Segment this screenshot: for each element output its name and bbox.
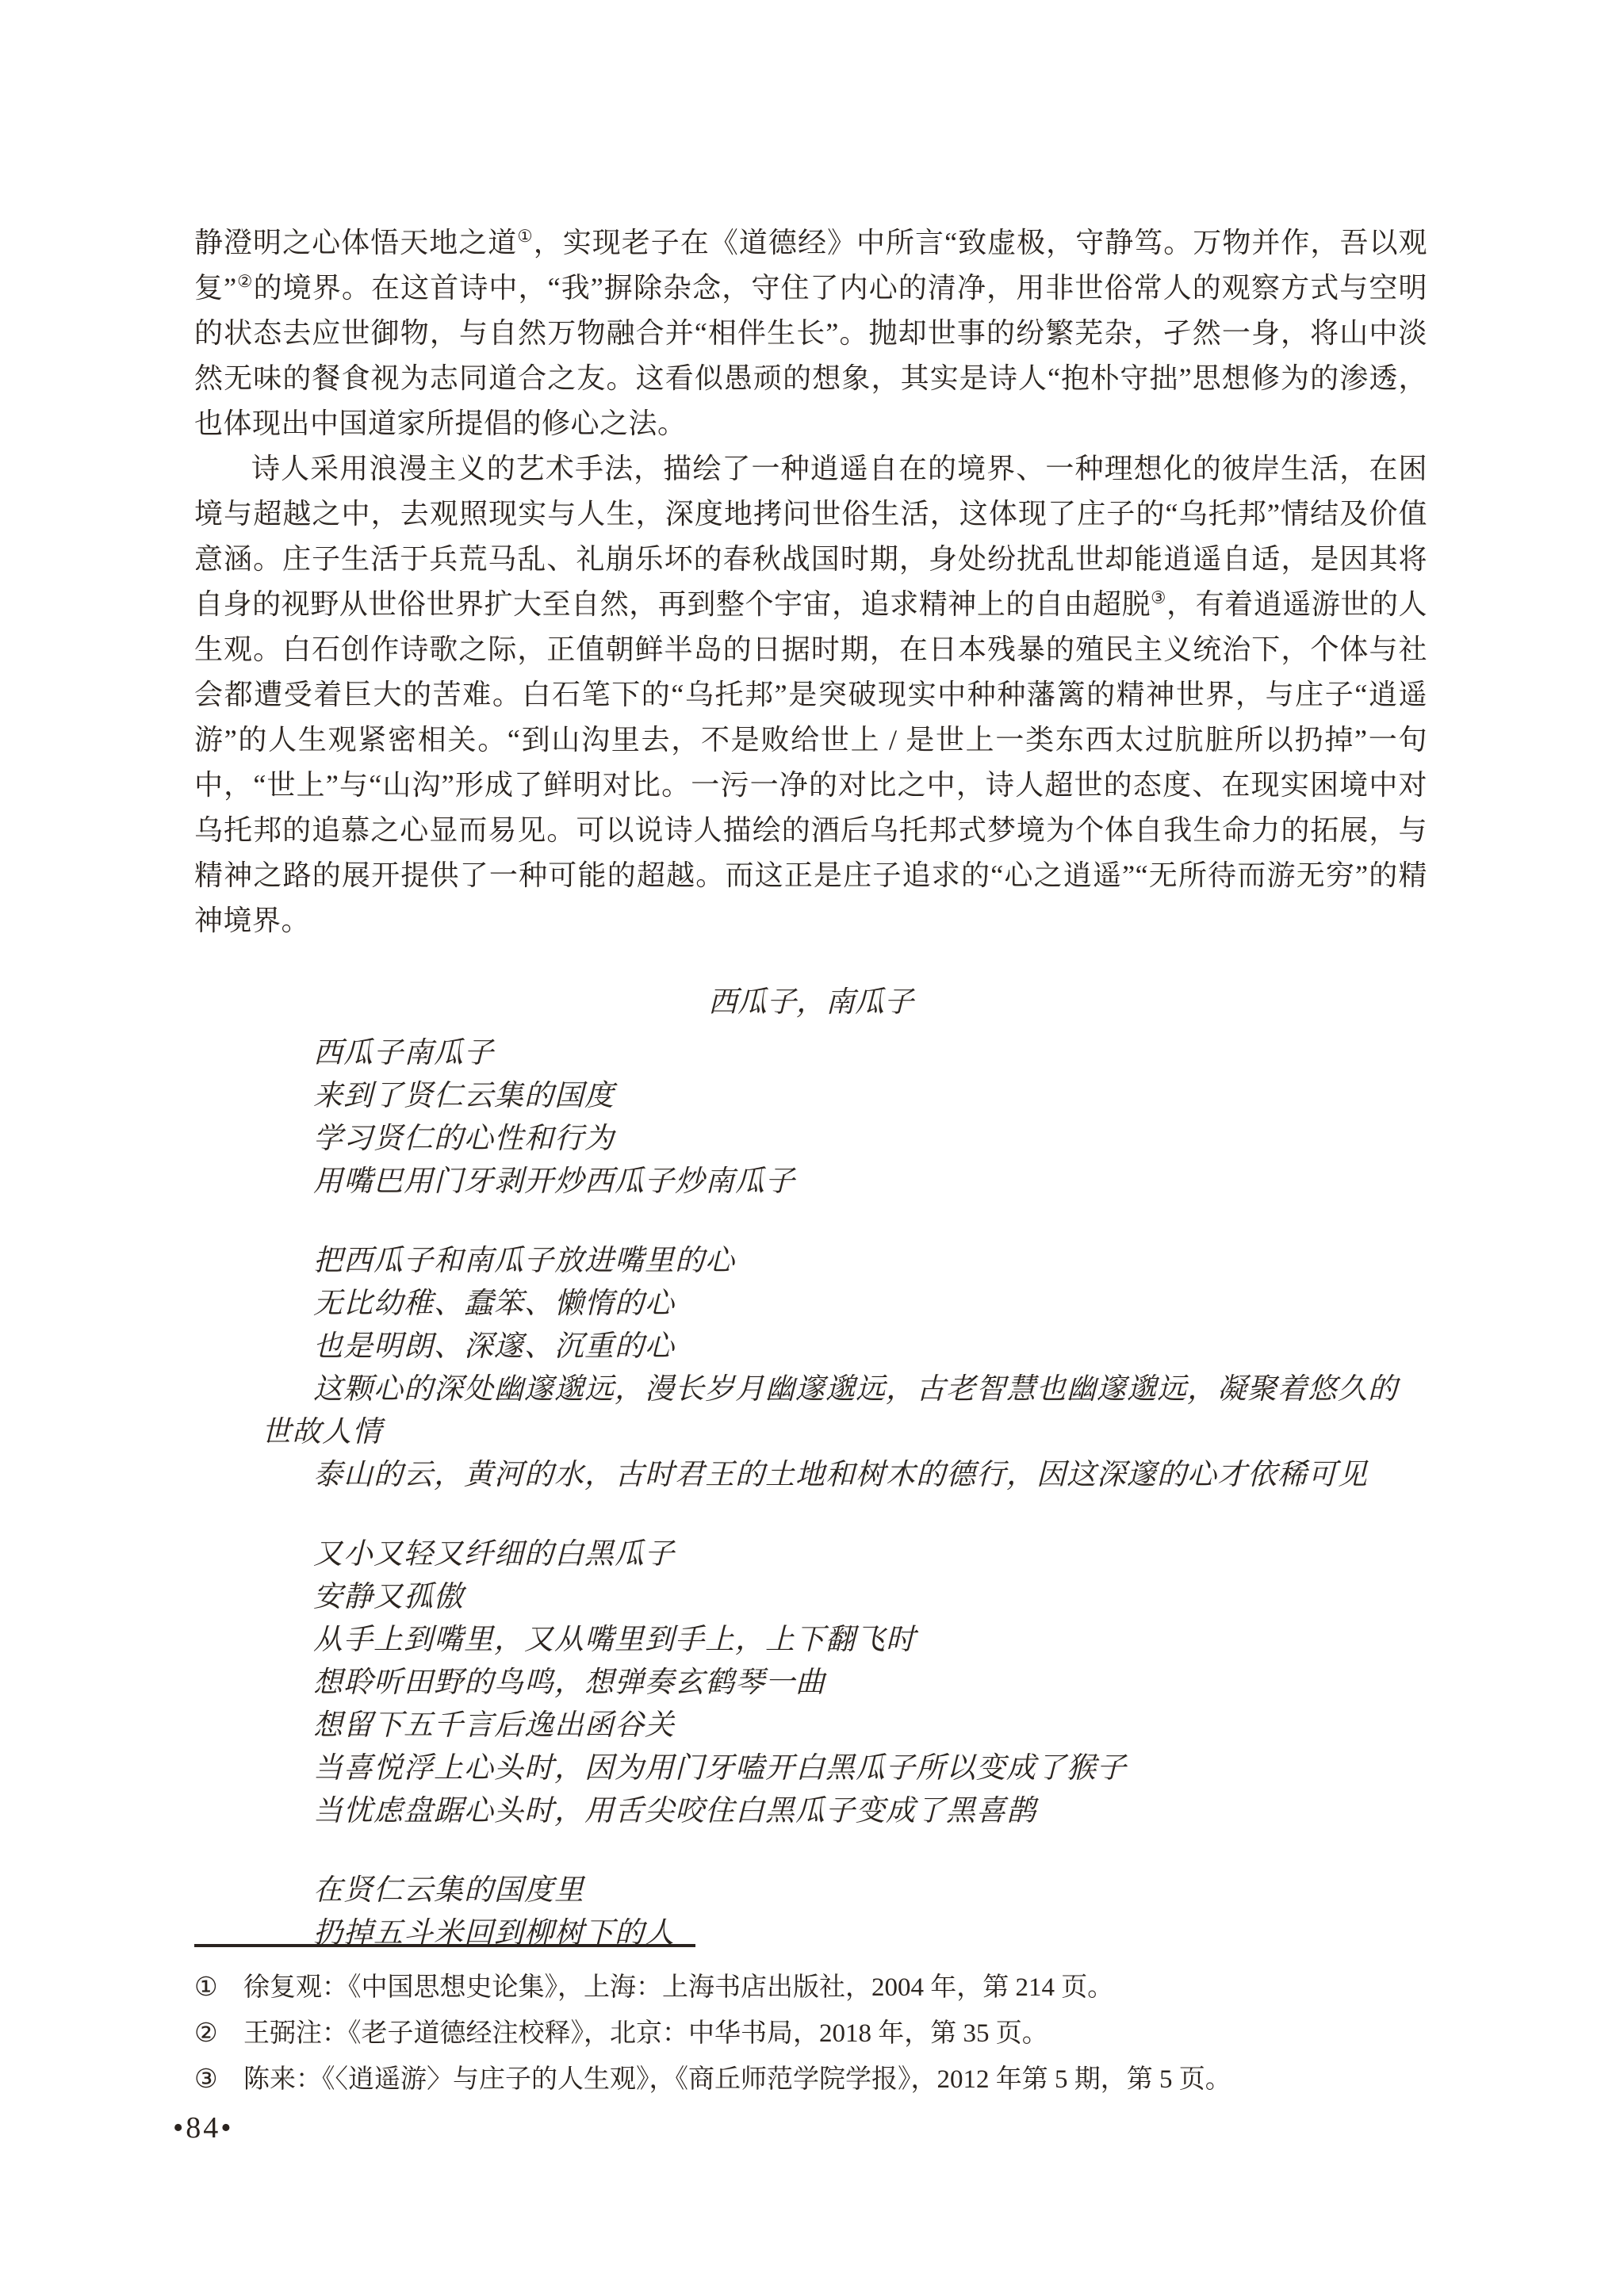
poem-block: 西瓜子，南瓜子 西瓜子南瓜子来到了贤仁云集的国度学习贤仁的心性和行为用嘴巴用门牙… (194, 982, 1427, 1955)
poem-line: 无比幼稚、蠢笨、懒惰的心 (194, 1283, 1427, 1326)
footnote-area: ①徐复观：《中国思想史论集》，上海：上海书店出版社，2004 年，第 214 页… (194, 1944, 1427, 2103)
page-number: •84• (173, 2110, 234, 2145)
footnote-ref: ③ (1151, 588, 1166, 607)
footnote-separator-rule (194, 1944, 695, 1947)
footnote-text: 陈来：《〈逍遥游〉与庄子的人生观》，《商丘师范学院学报》，2012 年第 5 期… (243, 2057, 1427, 2103)
poem-line: 想留下五千言后逸出函谷关 (194, 1705, 1427, 1747)
footnote-item: ②王弼注：《老子道德经注校释》，北京：中华书局，2018 年，第 35 页。 (194, 2011, 1427, 2057)
footnote-item: ③陈来：《〈逍遥游〉与庄子的人生观》，《商丘师范学院学报》，2012 年第 5 … (194, 2057, 1427, 2103)
footnote-text: 徐复观：《中国思想史论集》，上海：上海书店出版社，2004 年，第 214 页。 (243, 1965, 1427, 2011)
poem-line: 来到了贤仁云集的国度 (194, 1075, 1427, 1118)
poem-line: 安静又孤傲 (194, 1576, 1427, 1619)
poem-line: 西瓜子南瓜子 (194, 1032, 1427, 1075)
poem-line: 当忧虑盘踞心头时，用舌尖咬住白黑瓜子变成了黑喜鹊 (194, 1790, 1427, 1833)
poem-line: 想聆听田野的鸟鸣，想弹奏玄鹤琴一曲 (194, 1662, 1427, 1705)
poem-line: 学习贤仁的心性和行为 (194, 1118, 1427, 1161)
footnote-item: ①徐复观：《中国思想史论集》，上海：上海书店出版社，2004 年，第 214 页… (194, 1965, 1427, 2011)
poem-stanza: 西瓜子南瓜子来到了贤仁云集的国度学习贤仁的心性和行为用嘴巴用门牙剥开炒西瓜子炒南… (194, 1032, 1427, 1203)
paragraph-text: 的境界。在这首诗中，“我”摒除杂念，守住了内心的清净，用非世俗常人的观察方式与空… (194, 272, 1427, 439)
poem-line: 世故人情 (194, 1411, 1427, 1454)
footnote-marker: ③ (194, 2057, 243, 2103)
poem-line: 泰山的云，黄河的水，古时君王的土地和树木的德行，因这深邃的心才依稀可见 (194, 1454, 1427, 1497)
body-paragraph: 静澄明之心体悟天地之道①，实现老子在《道德经》中所言“致虚极，守静笃。万物并作，… (194, 220, 1427, 446)
article-body: 静澄明之心体悟天地之道①，实现老子在《道德经》中所言“致虚极，守静笃。万物并作，… (194, 220, 1427, 1955)
poem-line: 又小又轻又纤细的白黑瓜子 (194, 1533, 1427, 1576)
footnote-text: 王弼注：《老子道德经注校释》，北京：中华书局，2018 年，第 35 页。 (243, 2011, 1427, 2057)
body-paragraph: 诗人采用浪漫主义的艺术手法，描绘了一种逍遥自在的境界、一种理想化的彼岸生活，在困… (194, 446, 1427, 943)
document-page: 静澄明之心体悟天地之道①，实现老子在《道德经》中所言“致虚极，守静笃。万物并作，… (0, 0, 1624, 2296)
poem-line: 当喜悦浮上心头时，因为用门牙嗑开白黑瓜子所以变成了猴子 (194, 1747, 1427, 1790)
footnote-list: ①徐复观：《中国思想史论集》，上海：上海书店出版社，2004 年，第 214 页… (194, 1965, 1427, 2103)
poem-stanza: 又小又轻又纤细的白黑瓜子安静又孤傲从手上到嘴里，又从嘴里到手上，上下翻飞时想聆听… (194, 1533, 1427, 1833)
footnote-ref: ② (237, 272, 254, 291)
paragraph-text: 静澄明之心体悟天地之道 (194, 227, 517, 258)
footnote-ref: ① (517, 227, 533, 246)
poem-title: 西瓜子，南瓜子 (194, 982, 1427, 1024)
poem-stanza: 在贤仁云集的国度里扔掉五斗米回到柳树下的人 (194, 1869, 1427, 1955)
poem-line: 在贤仁云集的国度里 (194, 1869, 1427, 1912)
poem-stanza: 把西瓜子和南瓜子放进嘴里的心无比幼稚、蠢笨、懒惰的心也是明朗、深邃、沉重的心这颗… (194, 1240, 1427, 1497)
footnote-marker: ① (194, 1965, 243, 2011)
poem-stanzas: 西瓜子南瓜子来到了贤仁云集的国度学习贤仁的心性和行为用嘴巴用门牙剥开炒西瓜子炒南… (194, 1032, 1427, 1955)
paragraph-text: ，有着逍遥游世的人生观。白石创作诗歌之际，正值朝鲜半岛的日据时期，在日本残暴的殖… (194, 588, 1427, 936)
article-paragraphs: 静澄明之心体悟天地之道①，实现老子在《道德经》中所言“致虚极，守静笃。万物并作，… (194, 220, 1427, 943)
poem-line: 这颗心的深处幽邃邈远，漫长岁月幽邃邈远，古老智慧也幽邃邈远，凝聚着悠久的 (194, 1368, 1427, 1411)
poem-line: 也是明朗、深邃、沉重的心 (194, 1326, 1427, 1368)
poem-line: 用嘴巴用门牙剥开炒西瓜子炒南瓜子 (194, 1161, 1427, 1203)
footnote-marker: ② (194, 2011, 243, 2057)
poem-line: 把西瓜子和南瓜子放进嘴里的心 (194, 1240, 1427, 1283)
poem-line: 从手上到嘴里，又从嘴里到手上，上下翻飞时 (194, 1619, 1427, 1662)
